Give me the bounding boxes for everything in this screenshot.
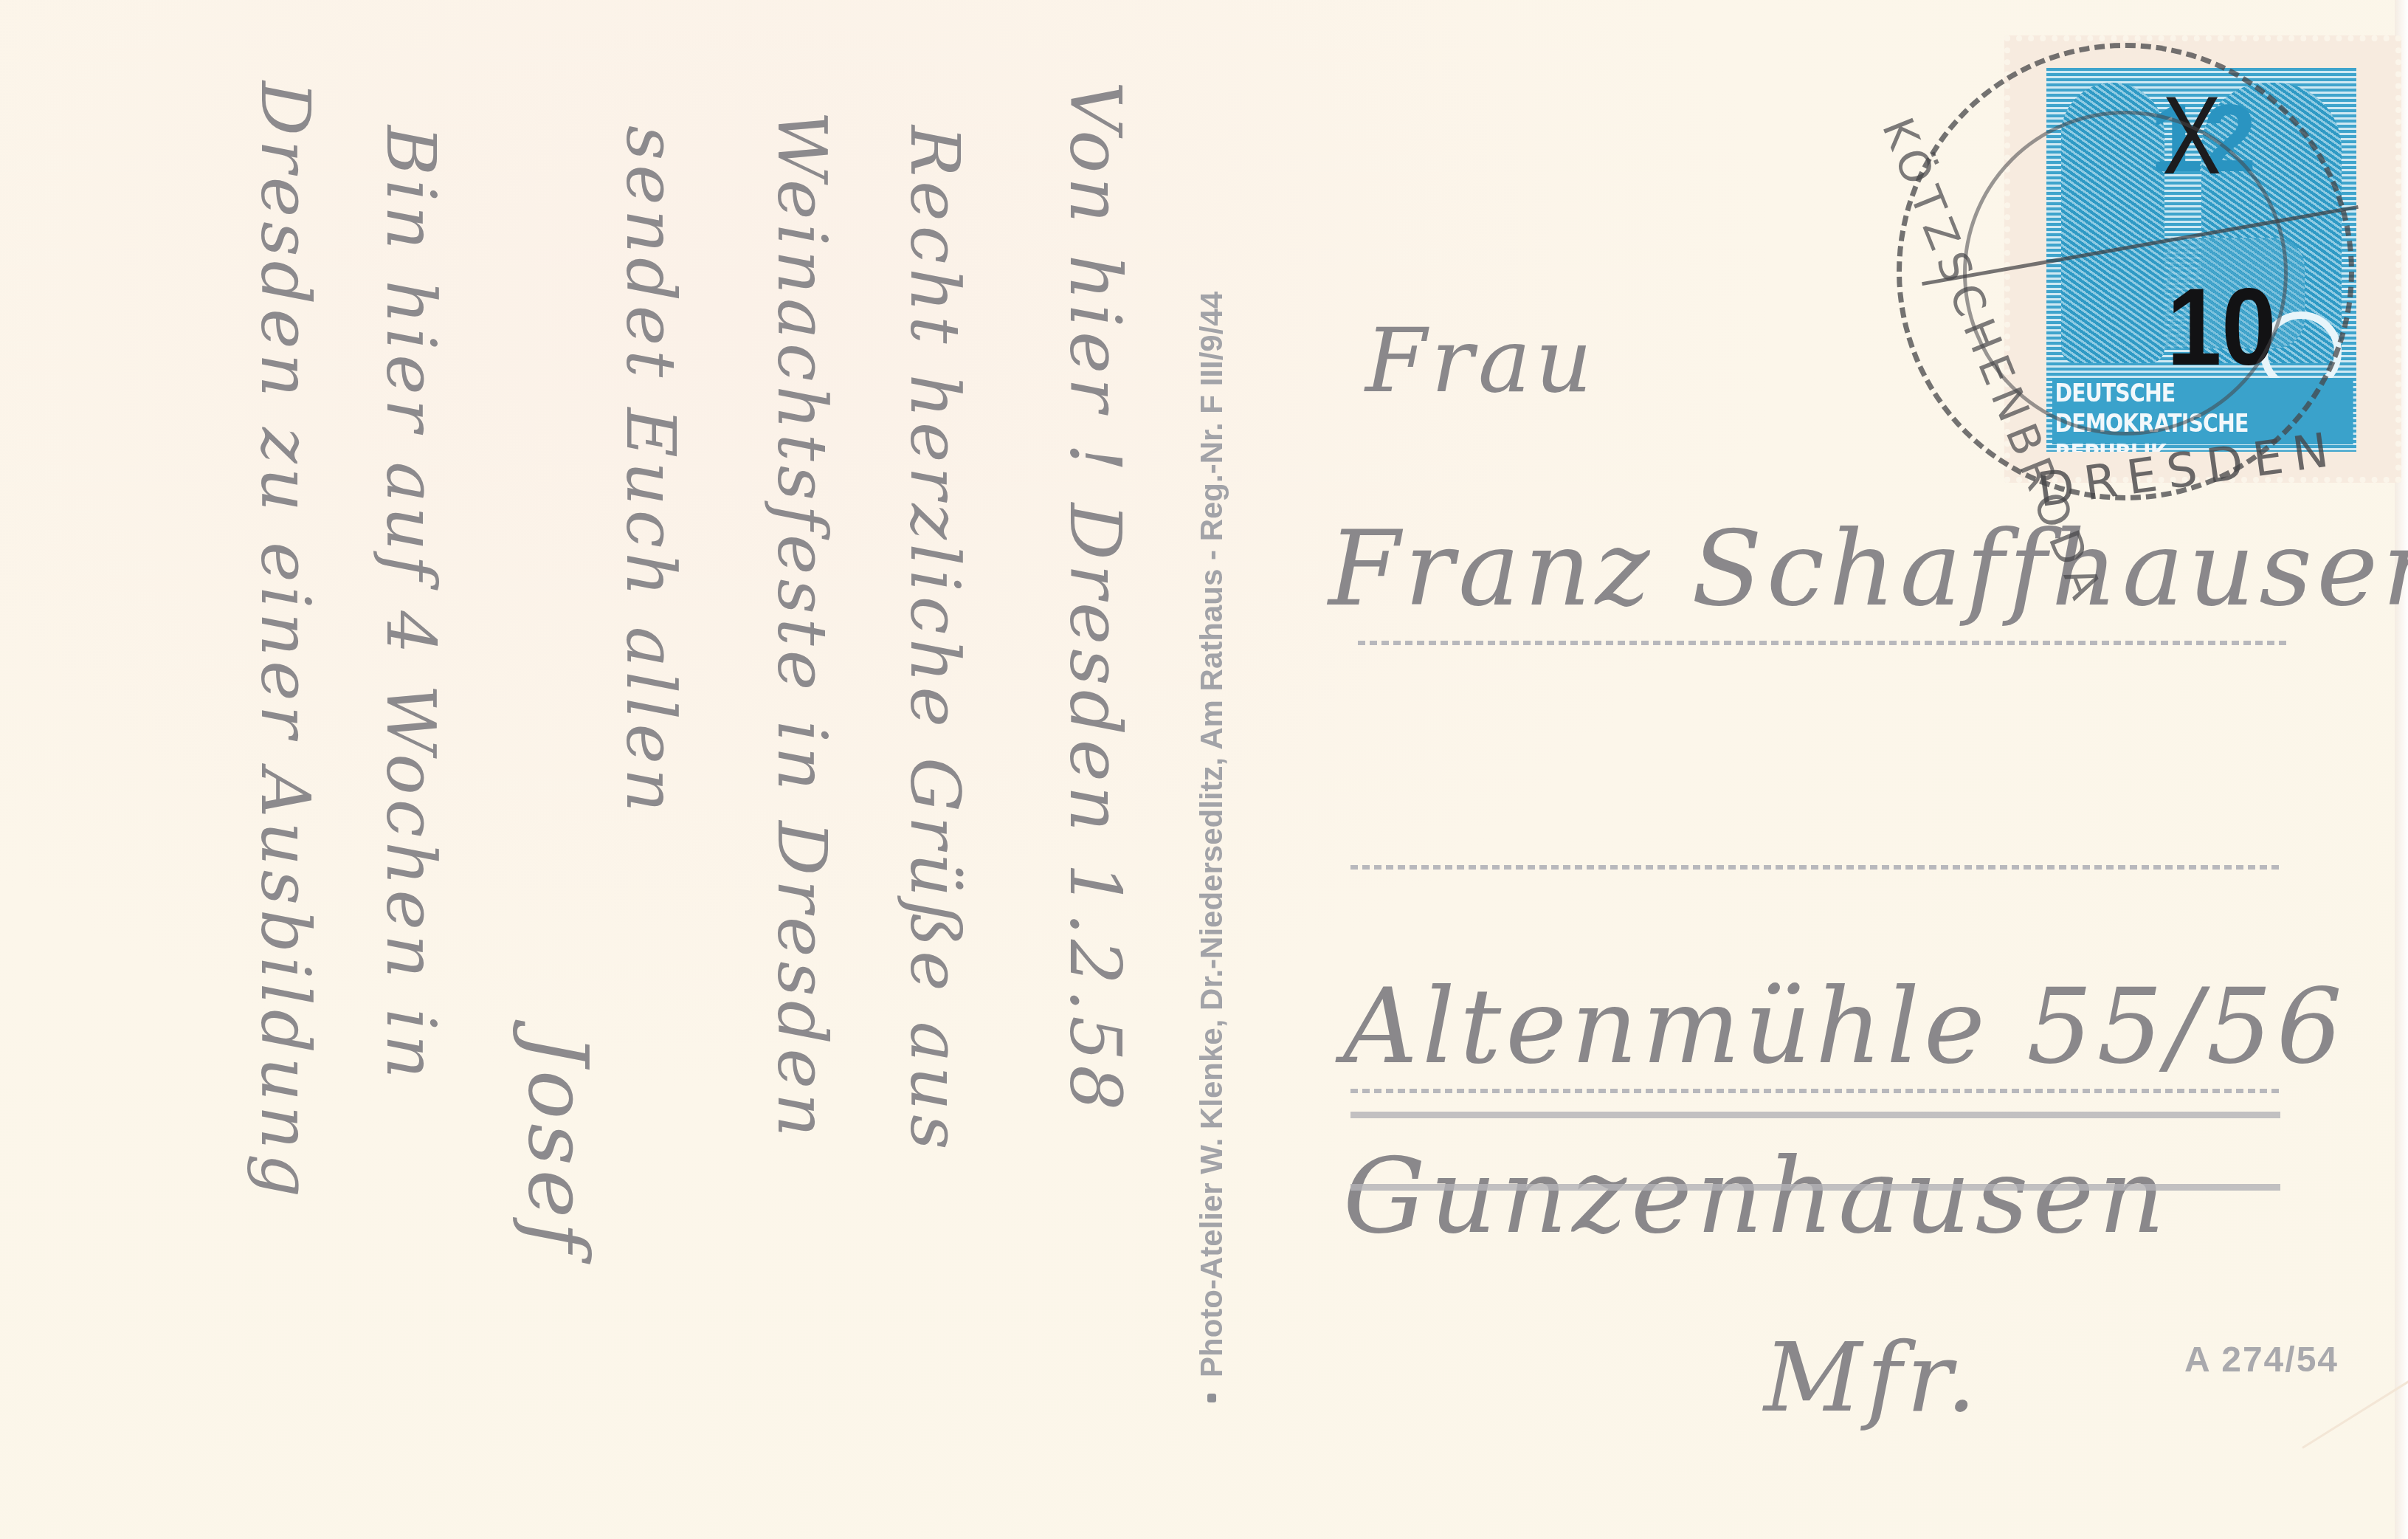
address-street: Altenmühle 55/56 [1343, 967, 2347, 1087]
message-line: Bin hier auf 4 Wochen in [371, 125, 450, 1083]
address-city: Gunzenhausen [1343, 1137, 2170, 1257]
address-rule-2 [1350, 865, 2280, 870]
message-line: Weinachtsfeste in Dresden [762, 111, 841, 1141]
address-region: Mfr. [1764, 1321, 1981, 1433]
address-rule-3-solid [1350, 1112, 2280, 1118]
address-salutation: Frau [1365, 310, 1596, 413]
address-rule-1 [1358, 641, 2288, 645]
bullet-icon [1207, 1394, 1216, 1402]
address-name: Franz Schaffhauser [1328, 509, 2408, 630]
imprint-text: Photo-Atelier W. Klenke, Dr.-Niedersedli… [1194, 292, 1229, 1377]
publisher-imprint: Photo-Atelier W. Klenke, Dr.-Niedersedli… [1190, 59, 1234, 1402]
message-line: Dresden zu einer Ausbildung [246, 81, 325, 1202]
message-signature: Josef [511, 1033, 605, 1257]
message-line: sendet Euch allen [611, 125, 690, 816]
address-rule-4 [1350, 1184, 2280, 1191]
card-code: A 274/54 [2184, 1340, 2339, 1380]
message-line: Von hier ! Dresden 1.2.58 [1054, 81, 1136, 1115]
address-rule-3 [1350, 1089, 2280, 1093]
message-line: Recht herzliche Grüße aus [895, 125, 974, 1154]
